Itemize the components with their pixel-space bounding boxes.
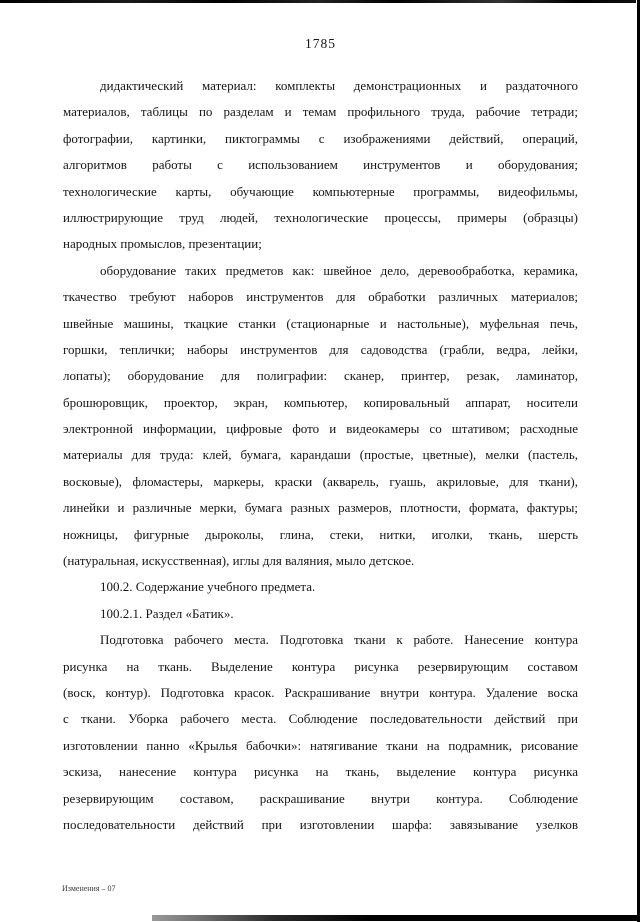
heading-100-2-1: 100.2.1. Раздел «Батик». xyxy=(63,601,578,627)
text-line: Подготовка рабочего места. Подготовка тк… xyxy=(63,627,578,653)
text-line: линейки и различные мерки, бумага разных… xyxy=(63,495,578,521)
document-body: дидактический материал: комплекты демонс… xyxy=(63,73,578,838)
text-line: ткачество требуют наборов инструментов д… xyxy=(63,284,578,310)
paragraph-equipment: оборудование таких предметов как: швейно… xyxy=(63,258,578,575)
text-line: брошюровщик, проектор, экран, компьютер,… xyxy=(63,390,578,416)
text-line: 100.2. Содержание учебного предмета. xyxy=(63,574,578,600)
text-line: оборудование таких предметов как: швейно… xyxy=(63,258,578,284)
heading-100-2: 100.2. Содержание учебного предмета. xyxy=(63,574,578,600)
text-line: рисунка на ткань. Выделение контура рису… xyxy=(63,654,578,680)
footer-revision-label: Изменения – 07 xyxy=(62,884,116,893)
text-line: материалов, таблицы по разделам и темам … xyxy=(63,99,578,125)
text-line: фотографии, картинки, пиктограммы с изоб… xyxy=(63,126,578,152)
text-line: с ткани. Уборка рабочего места. Соблюден… xyxy=(63,706,578,732)
text-line: 100.2.1. Раздел «Батик». xyxy=(63,601,578,627)
page-number: 1785 xyxy=(63,36,578,52)
text-line: эскиза, нанесение контура рисунка на тка… xyxy=(63,759,578,785)
scan-edge-bottom xyxy=(152,915,640,921)
text-line: горшки, теплички; наборы инструментов дл… xyxy=(63,337,578,363)
document-page: 1785 дидактический материал: комплекты д… xyxy=(0,0,640,922)
text-line: лопаты); оборудование для полиграфии: ск… xyxy=(63,363,578,389)
text-line: технологические карты, обучающие компьют… xyxy=(63,179,578,205)
text-line: народных промыслов, презентации; xyxy=(63,231,578,257)
text-line: (воск, контур). Подготовка красок. Раскр… xyxy=(63,680,578,706)
text-line: электронной информации, цифровые фото и … xyxy=(63,416,578,442)
text-line: изготовлении панно «Крылья бабочки»: нат… xyxy=(63,733,578,759)
paragraph-batik-content: Подготовка рабочего места. Подготовка тк… xyxy=(63,627,578,838)
text-line: резервирующим составом, раскрашивание вн… xyxy=(63,786,578,812)
text-line: швейные машины, ткацкие станки (стациона… xyxy=(63,311,578,337)
text-line: материалы для труда: клей, бумага, каран… xyxy=(63,442,578,468)
text-line: алгоритмов работы с использованием инстр… xyxy=(63,152,578,178)
text-line: восковые), фломастеры, маркеры, краски (… xyxy=(63,469,578,495)
scan-edge-top xyxy=(0,0,640,3)
text-line: иллюстрирующие труд людей, технологическ… xyxy=(63,205,578,231)
text-line: ножницы, фигурные дыроколы, глина, стеки… xyxy=(63,522,578,548)
text-line: (натуральная, искусственная), иглы для в… xyxy=(63,548,578,574)
text-line: последовательности действий при изготовл… xyxy=(63,812,578,838)
scan-edge-right xyxy=(636,0,640,922)
text-line: дидактический материал: комплекты демонс… xyxy=(63,73,578,99)
paragraph-didactic-material: дидактический материал: комплекты демонс… xyxy=(63,73,578,258)
